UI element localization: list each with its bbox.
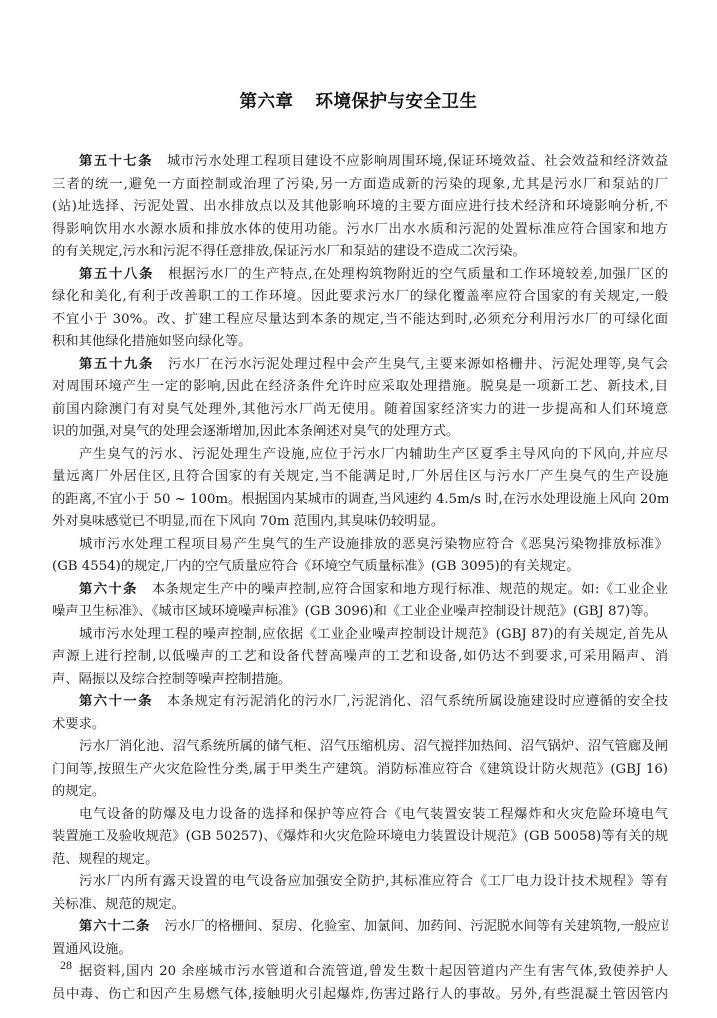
line-text: 装置施工及验收规范》(GB 50257)、《爆炸和火灾危险环境电力装置设计规范》… <box>52 829 668 844</box>
text-line: 外对臭味感觉已不明显,而在下风向 70m 范围内,其臭味仍较明显。 <box>52 511 668 534</box>
chapter-heading: 第六章环境保护与安全卫生 <box>0 88 717 113</box>
line-text: 员中毒、伤亡和因产生易燃气体,接触明火引起爆炸,伤害过路行人的事故。另外,有些混… <box>52 987 668 1002</box>
line-text: 的距离,不宜小于 50 ~ 100m。根据国内某城市的调查,当风速约 4.5m/… <box>52 492 668 507</box>
article-line: 第五十七条城市污水处理工程项目建设不应影响周围环境,保证环境效益、社会效益和经济… <box>52 151 668 174</box>
line-text: 前国内除澳门有对臭气处理外,其他污水厂尚无使用。随着国家经济实力的进一步提高和人… <box>52 402 668 417</box>
line-text: 声源上进行控制,以低噪声的工艺和设备代替高噪声的工艺和设备,如仍达不到要求,可采… <box>52 649 668 664</box>
line-text: 置通风设施。 <box>52 942 132 957</box>
line-text: 术要求。 <box>52 717 105 732</box>
article-number: 第六十一条 <box>79 694 153 709</box>
body-text: 第五十七条城市污水处理工程项目建设不应影响周围环境,保证环境效益、社会效益和经济… <box>52 151 668 1006</box>
text-line: 前国内除澳门有对臭气处理外,其他污水厂尚无使用。随着国家经济实力的进一步提高和人… <box>52 399 668 422</box>
chapter-number: 第六章 <box>240 92 294 112</box>
line-text: 量远离厂外居住区,且符合国家的有关规定,当不能满足时,厂外居住区与污水厂产生臭气… <box>52 469 668 484</box>
text-line: 绿化和美化,有利于改善职工的工作环境。因此要求污水厂的绿化覆盖率应符合国家的有关… <box>52 286 668 309</box>
article-number: 第五十七条 <box>79 154 153 169</box>
line-text: 本条规定生产中的噪声控制,应符合国家和地方现行标准、规范的规定。如:《工业企业 <box>152 582 668 597</box>
line-text: 的规定。 <box>52 784 105 799</box>
line-text: 噪声卫生标准》、《城市区域环境噪声标准》(GB 3096)和《工业企业噪声控制设… <box>52 604 657 619</box>
line-text: 城市污水处理工程的噪声控制,应依据《工业企业噪声控制设计规范》(GBJ 87)的… <box>79 627 668 642</box>
line-text: 声、隔振以及综合控制等噪声控制措施。 <box>52 672 291 687</box>
text-line: 得影响饮用水水源水质和排放水体的使用功能。污水厂出水水质和污泥的处置标准应符合国… <box>52 219 668 242</box>
text-line: 积和其他绿化措施如竖向绿化等。 <box>52 331 668 354</box>
article-line: 第五十八条根据污水厂的生产特点,在处理构筑物附近的空气质量和工作环境较差,加强厂… <box>52 264 668 287</box>
text-line: 装置施工及验收规范》(GB 50257)、《爆炸和火灾危险环境电力装置设计规范》… <box>52 826 668 849</box>
line-text: 污水厂消化池、沼气系统所属的储气柜、沼气压缩机房、沼气搅拌加热间、沼气锅炉、沼气… <box>79 739 668 754</box>
text-line: (GB 4554)的规定,厂内的空气质量应符合《环境空气质量标准》(GB 309… <box>52 556 668 579</box>
line-text: 门间等,按照生产火灾危险性分类,属于甲类生产建筑。消防标准应符合《建筑设计防火规… <box>52 762 668 777</box>
line-text: 对周围环境产生一定的影响,因此在经济条件允许时应采取处理措施。脱臭是一项新工艺、… <box>52 379 668 394</box>
line-text: (GB 4554)的规定,厂内的空气质量应符合《环境空气质量标准》(GB 309… <box>52 559 580 574</box>
article-number: 第六十二条 <box>79 919 150 934</box>
line-text: (站)址选择、污泥处置、出水排放点以及其他影响环境的主要方面应进行技术经济和环境… <box>52 199 668 214</box>
text-line: (站)址选择、污泥处置、出水排放点以及其他影响环境的主要方面应进行技术经济和环境… <box>52 196 668 219</box>
text-line: 污水厂内所有露天设置的电气设备应加强安全防护,其标准应符合《工厂电力设计技术规程… <box>52 871 668 894</box>
line-text: 本条规定有污泥消化的污水厂,污泥消化、沼气系统所属设施建设时应遵循的安全技 <box>167 694 668 709</box>
article-line: 第六十条本条规定生产中的噪声控制,应符合国家和地方现行标准、规范的规定。如:《工… <box>52 579 668 602</box>
text-line: 产生臭气的污水、污泥处理生产设施,应位于污水厂内辅助生产区夏季主导风向的下风向,… <box>52 444 668 467</box>
article-line: 第六十一条本条规定有污泥消化的污水厂,污泥消化、沼气系统所属设施建设时应遵循的安… <box>52 691 668 714</box>
line-text: 关标准、规范的规定。 <box>52 897 185 912</box>
text-line: 城市污水处理工程的噪声控制,应依据《工业企业噪声控制设计规范》(GBJ 87)的… <box>52 624 668 647</box>
line-text: 积和其他绿化措施如竖向绿化等。 <box>52 334 251 349</box>
text-line: 的距离,不宜小于 50 ~ 100m。根据国内某城市的调查,当风速约 4.5m/… <box>52 489 668 512</box>
line-text: 污水厂在污水污泥处理过程中会产生臭气,主要来源如格栅井、污泥处理等,臭气会 <box>168 357 668 372</box>
line-text: 三者的统一,避免一方面控制或治理了污染,另一方面造成新的污染的现象,尤其是污水厂… <box>52 177 668 192</box>
text-line: 污水厂消化池、沼气系统所属的储气柜、沼气压缩机房、沼气搅拌加热间、沼气锅炉、沼气… <box>52 736 668 759</box>
line-text: 不宜小于 30%。改、扩建工程应尽量达到本条的规定,当不能达到时,必须充分利用污… <box>52 312 668 327</box>
article-number: 第五十九条 <box>79 357 154 372</box>
text-line: 的规定。 <box>52 781 668 804</box>
text-line: 置通风设施。 <box>52 939 668 962</box>
text-line: 门间等,按照生产火灾危险性分类,属于甲类生产建筑。消防标准应符合《建筑设计防火规… <box>52 759 668 782</box>
text-line: 据资料,国内 20 余座城市污水管道和合流管道,曾发生数十起因管道内产生有害气体… <box>52 961 668 984</box>
text-line: 量远离厂外居住区,且符合国家的有关规定,当不能满足时,厂外居住区与污水厂产生臭气… <box>52 466 668 489</box>
article-number: 第六十条 <box>79 582 138 597</box>
text-line: 声源上进行控制,以低噪声的工艺和设备代替高噪声的工艺和设备,如仍达不到要求,可采… <box>52 646 668 669</box>
line-text: 得影响饮用水水源水质和排放水体的使用功能。污水厂出水水质和污泥的处置标准应符合国… <box>52 222 668 237</box>
text-line: 术要求。 <box>52 714 668 737</box>
text-line: 的有关规定,污水和污泥不得任意排放,保证污水厂和泵站的建设不造成二次污染。 <box>52 241 668 264</box>
line-text: 电气设备的防爆及电力设备的选择和保护等应符合《电气装置安装工程爆炸和火灾危险环境… <box>79 807 668 822</box>
chapter-title: 环境保护与安全卫生 <box>316 92 478 112</box>
line-text: 城市污水处理工程项目易产生臭气的生产设施排放的恶臭污染物应符合《恶臭污染物排放标… <box>79 537 668 552</box>
line-text: 的有关规定,污水和污泥不得任意排放,保证污水厂和泵站的建设不造成二次污染。 <box>52 244 526 259</box>
text-line: 不宜小于 30%。改、扩建工程应尽量达到本条的规定,当不能达到时,必须充分利用污… <box>52 309 668 332</box>
line-text: 根据污水厂的生产特点,在处理构筑物附近的空气质量和工作环境较差,加强厂区的 <box>168 267 668 282</box>
text-line: 范、规程的规定。 <box>52 849 668 872</box>
line-text: 污水厂的格栅间、泵房、化验室、加氯间、加药间、污泥脱水间等有关建筑物,一般应设 <box>164 919 668 934</box>
line-text: 据资料,国内 20 余座城市污水管道和合流管道,曾发生数十起因管道内产生有害气体… <box>79 964 668 979</box>
text-line: 关标准、规范的规定。 <box>52 894 668 917</box>
text-line: 员中毒、伤亡和因产生易燃气体,接触明火引起爆炸,伤害过路行人的事故。另外,有些混… <box>52 984 668 1007</box>
page-number: 28 <box>60 958 72 973</box>
text-line: 电气设备的防爆及电力设备的选择和保护等应符合《电气装置安装工程爆炸和火灾危险环境… <box>52 804 668 827</box>
line-text: 范、规程的规定。 <box>52 852 158 867</box>
line-text: 绿化和美化,有利于改善职工的工作环境。因此要求污水厂的绿化覆盖率应符合国家的有关… <box>52 289 668 304</box>
article-line: 第五十九条污水厂在污水污泥处理过程中会产生臭气,主要来源如格栅井、污泥处理等,臭… <box>52 354 668 377</box>
line-text: 城市污水处理工程项目建设不应影响周围环境,保证环境效益、社会效益和经济效益 <box>167 154 668 169</box>
line-text: 产生臭气的污水、污泥处理生产设施,应位于污水厂内辅助生产区夏季主导风向的下风向,… <box>79 447 668 462</box>
text-line: 三者的统一,避免一方面控制或治理了污染,另一方面造成新的污染的现象,尤其是污水厂… <box>52 174 668 197</box>
text-line: 噪声卫生标准》、《城市区域环境噪声标准》(GB 3096)和《工业企业噪声控制设… <box>52 601 668 624</box>
line-text: 外对臭味感觉已不明显,而在下风向 70m 范围内,其臭味仍较明显。 <box>52 514 444 529</box>
text-line: 识的加强,对臭气的处理会逐渐增加,因此本条阐述对臭气的处理方式。 <box>52 421 668 444</box>
article-line: 第六十二条污水厂的格栅间、泵房、化验室、加氯间、加药间、污泥脱水间等有关建筑物,… <box>52 916 668 939</box>
line-text: 识的加强,对臭气的处理会逐渐增加,因此本条阐述对臭气的处理方式。 <box>52 424 459 439</box>
text-line: 城市污水处理工程项目易产生臭气的生产设施排放的恶臭污染物应符合《恶臭污染物排放标… <box>52 534 668 557</box>
text-line: 对周围环境产生一定的影响,因此在经济条件允许时应采取处理措施。脱臭是一项新工艺、… <box>52 376 668 399</box>
article-number: 第五十八条 <box>79 267 154 282</box>
line-text: 污水厂内所有露天设置的电气设备应加强安全防护,其标准应符合《工厂电力设计技术规程… <box>79 874 668 889</box>
text-line: 声、隔振以及综合控制等噪声控制措施。 <box>52 669 668 692</box>
